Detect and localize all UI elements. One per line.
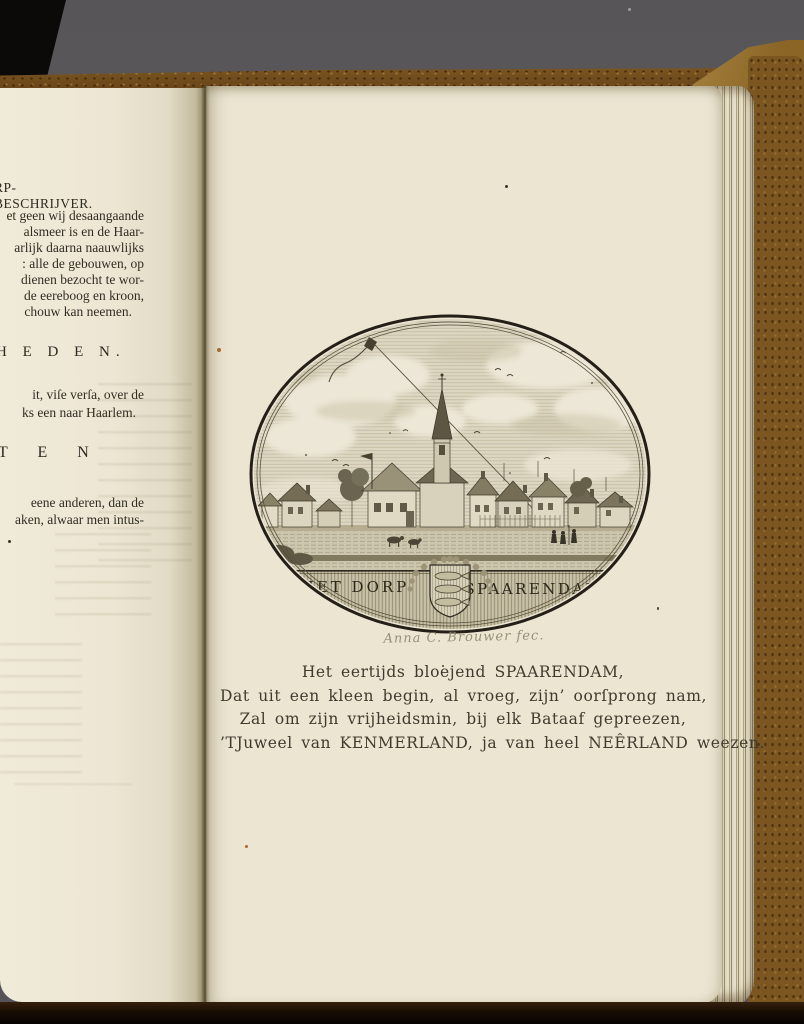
right-page: HET DORP SPAARENDAM	[206, 86, 722, 1004]
text-line: de eereboog en kroon,	[0, 288, 144, 304]
left-page: RP-BESCHRIJVER. et geen wij desaangaande…	[0, 88, 206, 1002]
text-line: et geen wij desaangaande	[0, 208, 144, 224]
left-page-paragraph: et geen wij desaangaande alsmeer is en d…	[0, 208, 144, 320]
scanner-shadow-corner	[0, 0, 66, 80]
verse-line: Zal om zijn vrijheidsmin, bij elk Bataaf…	[220, 708, 706, 732]
caption-spaarendam: SPAARENDAM	[464, 580, 603, 598]
book-cover-right	[748, 56, 804, 1012]
gutter-shadow	[201, 86, 210, 1004]
scanned-book-photo: RP-BESCHRIJVER. et geen wij desaangaande…	[0, 0, 804, 1024]
ink-speck	[8, 540, 11, 543]
text-line: alsmeer is en de Haar-	[0, 224, 144, 240]
foxing-speck	[245, 845, 248, 848]
text-line: : alle de gebouwen, op	[0, 256, 144, 272]
show-through-text	[0, 643, 82, 775]
left-page-section-heading: T E N	[0, 444, 102, 462]
show-through-text	[14, 783, 132, 797]
verse: Het eertijds bloejend SPAARENDAM, Dat ui…	[220, 661, 706, 755]
show-through-text	[55, 533, 151, 625]
ink-speck	[657, 607, 659, 610]
text-line: dienen bezocht te wor-	[0, 272, 144, 288]
fish-charges	[435, 572, 469, 606]
verse-line: Het eertijds bloejend SPAARENDAM,	[220, 661, 706, 685]
ink-speck	[505, 185, 508, 188]
text-line: chouw kan neemen.	[0, 304, 144, 320]
bottom-shadow	[0, 1002, 804, 1024]
meadow	[248, 531, 652, 555]
verse-line: ’TJuweel van KENMERLAND, ja van heel NEÊ…	[220, 732, 706, 756]
dust-speck	[628, 8, 631, 11]
left-page-section-heading: H E D E N.	[0, 344, 126, 361]
ink-speck	[442, 665, 444, 667]
village-engraving: HET DORP SPAARENDAM	[248, 313, 652, 635]
foxing-speck	[217, 348, 221, 352]
text-line: arlijk daarna naauwlijks	[0, 240, 144, 256]
verse-line: Dat uit een kleen begin, al vroeg, zijn’…	[220, 685, 706, 709]
